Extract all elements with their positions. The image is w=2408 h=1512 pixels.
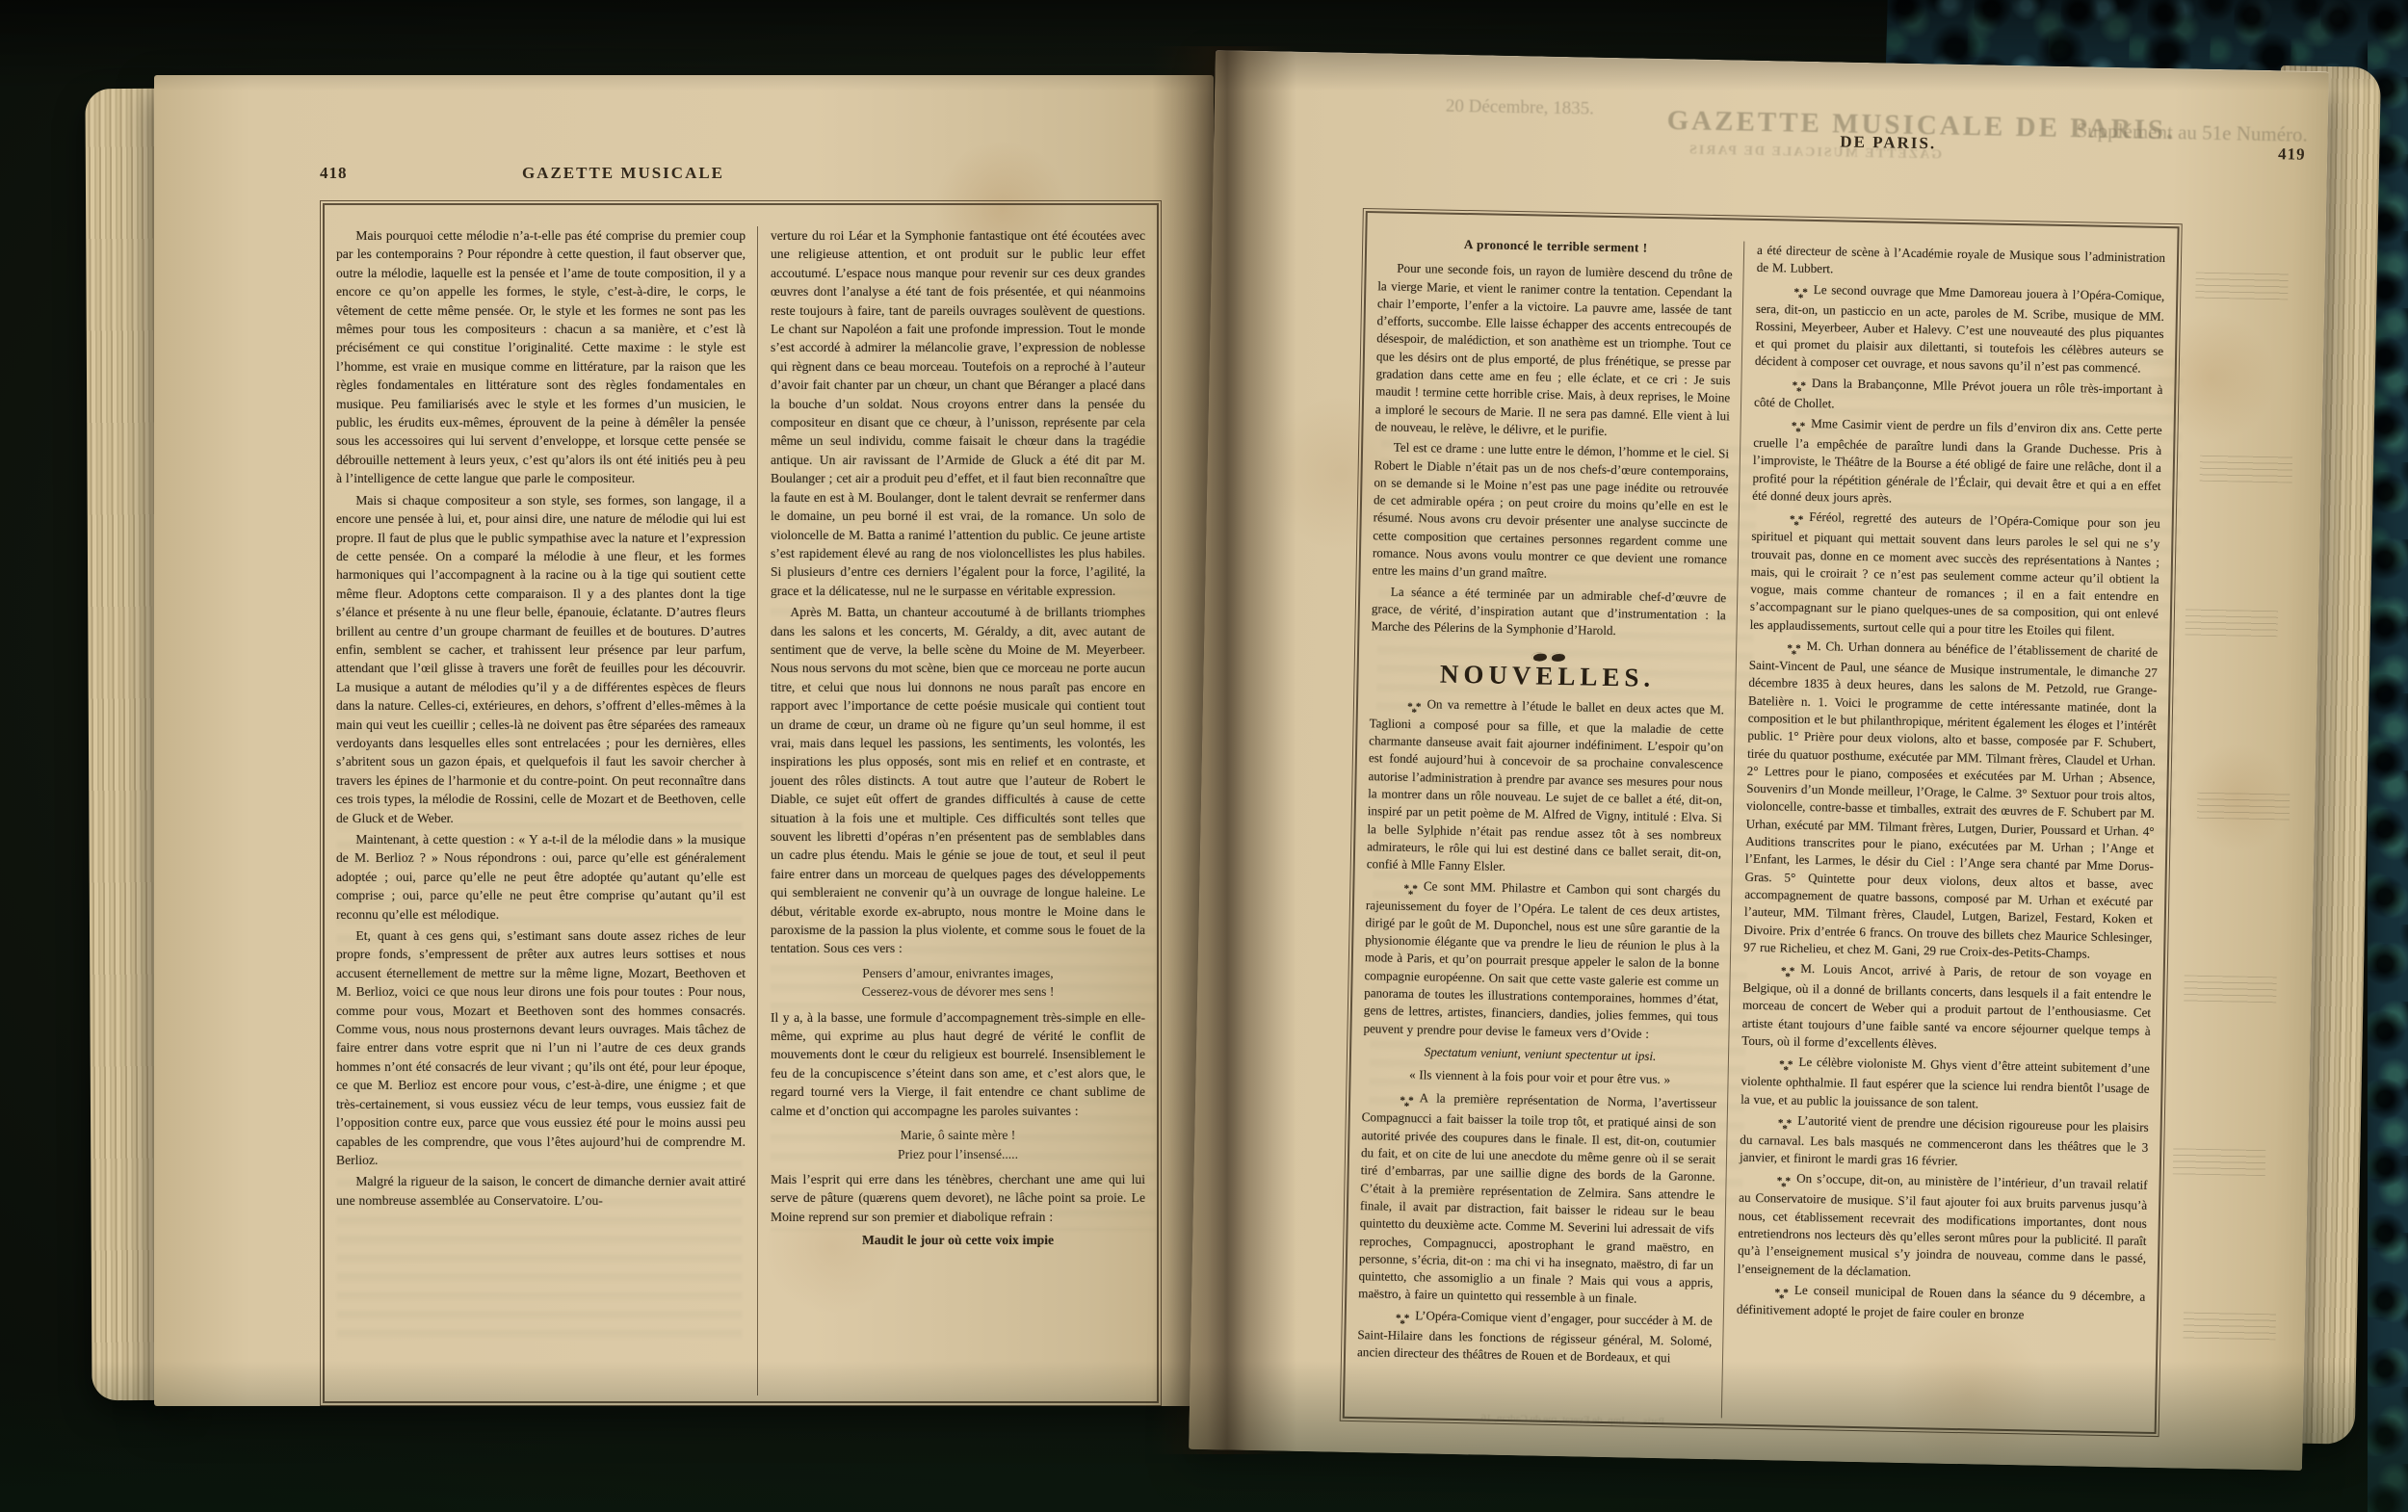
news-text: Le conseil municipal de Rouen dans la sé… [1737,1283,2146,1322]
news-item: * **Mme Casimir vient de perdre un fils … [1752,414,2162,512]
page-right: GAZETTE MUSICALE DE PARIS. GAZETTE MUSIC… [1189,50,2329,1471]
music-staff-show-through [2184,975,2277,1003]
news-item: * **Le célèbre violoniste M. Ghys vient … [1741,1053,2150,1116]
paragraph: Tel est ce drame : une lutte entre le dé… [1372,439,1729,587]
asterism-icon: * ** [1388,703,1421,716]
news-text: Le célèbre violoniste M. Ghys vient d’êt… [1741,1055,2150,1110]
latin-verse: Spectatum veniunt, veniunt spectentur ut… [1363,1042,1717,1066]
news-text: L’autorité vient de prendre une décision… [1740,1113,2149,1168]
verse-line: Marie, ô sainte mère ! [771,1126,1145,1144]
music-staff-show-through [2184,1313,2277,1341]
running-title-left: GAZETTE MUSICALE [320,164,927,183]
asterism-icon: * ** [1768,645,1801,658]
news-text: On s’occupe, dit-on, au ministère de l’i… [1738,1171,2148,1278]
translation-quote: « Ils viennent à la fois pour voir et po… [1362,1065,1716,1089]
frame-rule: Mais pourquoi cette mélodie n’a-t-elle p… [323,203,1159,1403]
asterism-icon: * ** [1772,423,1805,435]
news-item: * **Féréol, regretté des auteurs de l’Op… [1749,508,2159,641]
paragraph: Et, quant à ces gens qui, s’estimant san… [336,926,746,1169]
asterism-row: * [1759,1126,1792,1133]
paragraph: Mais si chaque compositeur a son style, … [336,491,746,827]
asterism-row: * [1385,891,1418,898]
paragraph: La séance a été terminée par un admirabl… [1371,583,1726,642]
news-text: Mme Casimir vient de perdre un fils d’en… [1752,416,2162,506]
paragraph: Malgré la rigueur de la saison, le conce… [336,1172,746,1210]
book-photo: 418 GAZETTE MUSICALE Mais pourquoi cette… [0,0,2408,1512]
asterism-icon: * ** [1756,1290,1789,1302]
verse-line: Priez pour l’insensé..... [771,1145,1145,1163]
news-item: * **Dans la Brabançonne, Mlle Prévot jou… [1754,374,2163,419]
paragraph: Maintenant, à cette question : « Y a-t-i… [336,830,746,924]
music-staff-show-through [2200,456,2293,483]
verse-quote: Pensers d’amour, enivrantes images, Cess… [771,964,1145,1002]
news-item: * **M. Louis Ancot, arrivé à Paris, de r… [1741,959,2152,1057]
asterism-row: * [1376,1320,1409,1327]
news-text: Féréol, regretté des auteurs de l’Opéra-… [1750,509,2160,639]
right-column-1: A prononcé le terrible serment ! Pour un… [1356,234,1744,1418]
news-text: On va remettre à l’étude le ballet en de… [1367,696,1724,873]
asterism-icon: * ** [1770,516,1803,529]
paragraph: Après M. Batta, un chanteur accoutumé à … [771,603,1145,958]
news-text: A la première représentation de Norma, l… [1358,1091,1716,1306]
paragraph: a été directeur de scène à l’Académie ro… [1757,242,2166,285]
asterism-row: * [1762,974,1794,980]
news-item: * **Le second ouvrage que Mme Damoreau j… [1755,279,2165,378]
text-frame-right: A prononcé le terrible serment ! Pour un… [1340,208,2183,1437]
left-column-1: Mais pourquoi cette mélodie n’a-t-elle p… [336,226,758,1395]
paragraph: Mais l’esprit qui erre dans les ténèbres… [771,1170,1145,1226]
paragraph: Mais pourquoi cette mélodie n’a-t-elle p… [336,226,746,488]
ornament-dot-icon [1549,652,1564,661]
news-item: * **L’Opéra-Comique vient d’engager, pou… [1357,1306,1713,1369]
running-title-right: DE PARIS. [1589,127,2186,158]
asterism-row: * [1773,388,1806,395]
news-text: Dans la Brabançonne, Mlle Prévot jouera … [1754,376,2163,410]
news-text: L’Opéra-Comique vient d’engager, pour su… [1357,1308,1713,1365]
asterism-icon: * ** [1758,1178,1791,1190]
asterism-row: * [1768,651,1801,658]
news-item: * **A la première représentation de Norm… [1358,1089,1716,1310]
music-staff-show-through [2195,273,2289,300]
frame-rule: A prononcé le terrible serment ! Pour un… [1343,211,2180,1434]
verse-line: Pensers d’amour, enivrantes images, [771,964,1145,982]
right-column-2: a été directeur de scène à l’Académie ro… [1722,242,2165,1426]
verse-line: A prononcé le terrible serment ! [1378,234,1733,258]
asterism-icon: * ** [1381,1098,1414,1110]
columns-right: A prononcé le terrible serment ! Pour un… [1345,213,2178,1432]
news-item: * **Ce sont MM. Philastre et Cambon qui … [1363,876,1720,1044]
verse-quote: Marie, ô sainte mère ! Priez pour l’inse… [771,1126,1145,1163]
show-through-date: 20 Décembre, 1835. [1446,96,1594,120]
asterism-row: * [1756,1295,1789,1302]
music-staff-show-through [2197,793,2290,821]
news-text: Le second ouvrage que Mme Damoreau jouer… [1755,282,2165,376]
ornament-dot-icon [1531,652,1546,661]
asterism-icon: * ** [1385,885,1418,898]
verse-line: Maudit le jour où cette voix impie [771,1231,1145,1249]
section-title-nouvelles: NOUVELLES. [1370,664,1724,688]
asterism-row: * [1770,522,1803,529]
music-staff-show-through [2186,609,2279,637]
asterism-icon: * ** [1376,1315,1409,1327]
asterism-icon: * ** [1762,968,1794,980]
news-item: * **M. Ch. Urhan donnera au bénéfice de … [1743,637,2158,964]
news-item: * **L’autorité vient de prendre une déci… [1740,1111,2149,1175]
news-item: * **On s’occupe, dit-on, au ministère de… [1738,1169,2148,1286]
news-text: Ce sont MM. Philastre et Cambon qui sont… [1363,878,1720,1041]
asterism-icon: * ** [1760,1061,1793,1074]
page-number-right: 419 [2278,144,2306,165]
asterism-row: * [1760,1067,1793,1074]
page-left: 418 GAZETTE MUSICALE Mais pourquoi cette… [154,75,1214,1406]
asterism-icon: * ** [1773,382,1806,395]
asterism-row: * [1388,709,1421,716]
news-text: M. Ch. Urhan donnera au bénéfice de l’ét… [1743,639,2158,960]
paragraph: Pour une seconde fois, un rayon de lumiè… [1374,260,1732,443]
text-frame-left: Mais pourquoi cette mélodie n’a-t-elle p… [320,200,1162,1406]
news-text: M. Louis Ancot, arrivé à Paris, de retou… [1741,961,2152,1052]
asterism-row: * [1775,295,1808,301]
asterism-icon: * ** [1759,1120,1792,1133]
verse-line: Cesserez-vous de dévorer mes sens ! [771,982,1145,1001]
asterism-row: * [1772,429,1805,435]
asterism-icon: * ** [1775,289,1808,301]
paragraph: Il y a, à la basse, une formule d’accomp… [771,1008,1145,1120]
news-item: * **On va remettre à l’étude le ballet e… [1367,694,1724,880]
music-staff-show-through [2173,1148,2266,1176]
news-item: * **Le conseil municipal de Rouen dans l… [1737,1281,2146,1326]
columns-left: Mais pourquoi cette mélodie n’a-t-elle p… [325,205,1157,1401]
paragraph: verture du roi Léar et la Symphonie fant… [771,226,1145,600]
left-column-2: verture du roi Léar et la Symphonie fant… [758,226,1145,1395]
